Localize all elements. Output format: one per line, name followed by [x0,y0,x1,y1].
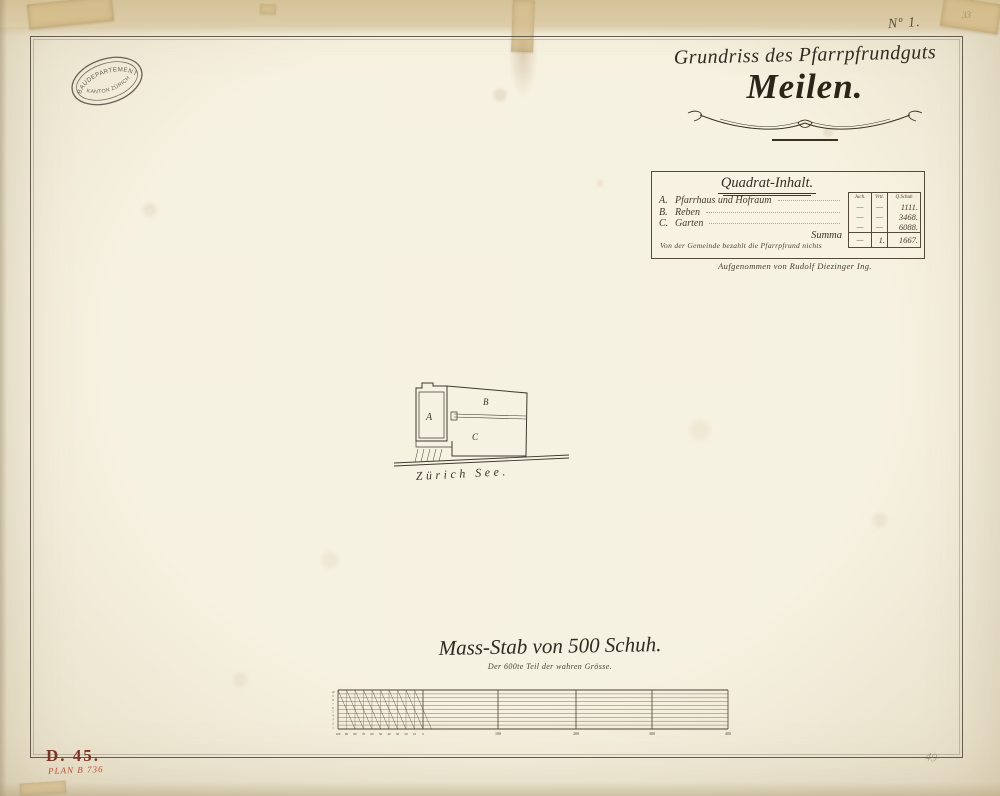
water-label: Zürich See. [415,464,509,483]
area-table-title: Quadrat-Inhalt. [688,175,846,194]
svg-text:60: 60 [370,732,374,736]
svg-text:1: 1 [332,726,334,729]
row-label: Reben [675,207,700,218]
scale-subheading: Der 600te Teil der wahren Grösse. [385,662,715,671]
scale-bar: 1009080706050403020100100200300400109876… [328,682,758,744]
area-table-title-text: Quadrat-Inhalt. [718,175,816,194]
svg-text:3: 3 [332,718,334,721]
plan-number: PLAN B 736 [48,764,104,776]
parcel-divider-line2 [454,417,526,419]
table-row: B. Reben [659,207,845,219]
dotted-leader [706,212,840,213]
cell-b-juch: — [849,212,871,222]
svg-text:7: 7 [332,703,334,706]
svg-text:6: 6 [332,707,334,710]
table-row: C. Garten [659,218,845,230]
cell-c-schuh: 6088. [887,222,920,232]
area-table-grid: Juch. Vrtl. Q.Schuh — — 1111. — — 3468. … [848,192,921,248]
table-row: A. Pfarrhaus und Hofraum [659,195,845,207]
parcel-label-a: A [425,412,433,423]
svg-text:400: 400 [725,731,731,736]
title-line1: Grundriss des Pfarrpfrundguts [640,41,970,71]
parcel-label-b: B [483,397,489,407]
svg-text:2: 2 [332,722,334,725]
table-note: Von der Gemeinde bezahlt die Pfarrpfrund… [660,241,822,250]
cell-a-vrtl: — [871,202,887,212]
col-header-quadratschuh: Q.Schuh [887,193,920,202]
col-header-viertel: Vrtl. [871,193,887,202]
cell-summa-vrtl: 1. [871,232,887,247]
parcel-a-lower-strip [416,441,452,447]
scale-heading: Mass-Stab von 500 Schuh. [385,631,715,662]
svg-text:30: 30 [396,732,400,736]
dotted-leader [709,223,840,224]
svg-text:8: 8 [332,699,334,702]
cell-a-schuh: 1111. [887,202,920,212]
svg-text:9: 9 [332,695,334,698]
svg-text:200: 200 [573,731,579,736]
row-letter: A. [659,195,675,206]
scanned-plan-sheet: Nº 1. 33 BAUDEPARTEMENT KANTON ZÜRICH Gr… [0,0,1000,796]
svg-text:100: 100 [495,731,501,736]
col-header-juchart: Juch. [849,193,871,202]
scale-block: Mass-Stab von 500 Schuh. Der 600te Teil … [385,634,715,671]
svg-text:80: 80 [353,732,357,736]
area-table: Quadrat-Inhalt. A. Pfarrhaus und Hofraum… [651,171,925,259]
surveyor-attribution: Aufgenommen von Rudolf Diezinger Ing. [645,261,945,271]
shore-hatching [415,449,442,462]
row-label: Pfarrhaus und Hofraum [675,195,772,206]
svg-text:4: 4 [332,715,334,718]
svg-text:10: 10 [413,732,417,736]
title-rule [772,139,838,141]
parcel-label-c: C [472,432,479,442]
cell-b-schuh: 3468. [887,212,920,222]
row-letter: C. [659,218,675,229]
row-letter: B. [659,207,675,218]
archive-number: D. 45. [46,746,100,766]
dotted-leader [778,200,841,201]
title-meilen: Meilen. [640,67,970,107]
parcel-divider-line1 [454,414,526,416]
svg-text:10: 10 [332,691,335,694]
svg-text:5: 5 [332,711,334,714]
svg-text:100: 100 [336,732,341,736]
tape-top-center-small [260,4,277,15]
cell-b-vrtl: — [871,212,887,222]
sheet-bottom-edge [0,782,1000,796]
svg-text:40: 40 [387,732,391,736]
divider-gate-stub [451,412,457,420]
parcel-plan-drawing: A B C Zürich See. [388,366,571,498]
pencil-note-bottom-right: 49 [924,749,938,766]
summa-label: Summa [811,230,842,241]
cell-a-juch: — [849,202,871,212]
sheet-number: Nº 1. [887,15,921,33]
cell-summa-juch: — [849,232,871,247]
row-label: Garten [675,218,703,229]
area-table-rows: A. Pfarrhaus und Hofraum B. Reben C. Gar… [659,195,845,230]
svg-text:300: 300 [649,731,655,736]
svg-text:70: 70 [362,732,366,736]
svg-text:0: 0 [422,732,424,736]
sheet-top-edge [0,0,1000,27]
title-block: Grundriss des Pfarrpfrundguts Meilen. [640,44,970,141]
svg-text:50: 50 [379,732,383,736]
sheet-left-edge [0,0,7,796]
cell-c-juch: — [849,222,871,232]
cell-summa-schuh: 1667. [887,232,920,247]
svg-text:90: 90 [345,732,349,736]
pencil-note-top-right: 33 [962,10,971,20]
title-flourish-ornament [680,107,930,137]
svg-text:20: 20 [404,732,408,736]
cell-c-vrtl: — [871,222,887,232]
